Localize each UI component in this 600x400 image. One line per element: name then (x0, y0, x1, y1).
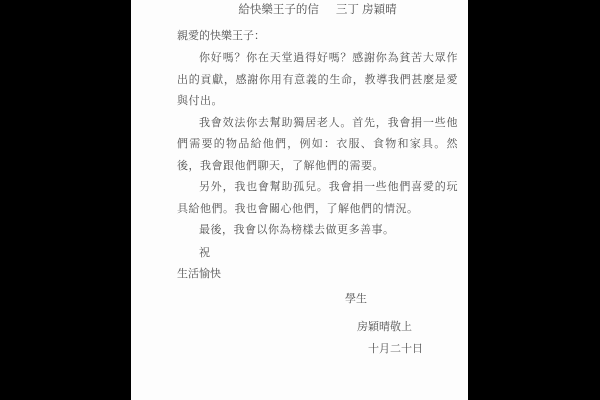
letter-paragraph: 我會效法你去幫助獨居老人。首先，我會捐一些他們需要的物品給他們，例如：衣服、食物… (177, 113, 458, 178)
letter-signoff-role: 學生 (177, 288, 458, 310)
letter-body: 你好嗎？你在天堂過得好嗎？感謝你為貧苦大眾作出的貢獻，感謝你用有意義的生命，教導… (177, 48, 458, 242)
letter-title: 給快樂王子的信 (238, 4, 319, 17)
letter-salutation: 親愛的快樂王子： (177, 30, 458, 42)
letter-title-row: 給快樂王子的信 三丁 房穎晴 (177, 4, 458, 17)
letter-date: 十月二十日 (177, 338, 458, 360)
letter-paragraph: 最後，我會以你為榜樣去做更多善事。 (177, 220, 458, 242)
letter-paragraph: 另外，我也會幫助孤兒。我會捐一些他們喜愛的玩具給他們。我也會關心他們，了解他們的… (177, 177, 458, 220)
letter-content: 給快樂王子的信 三丁 房穎晴 親愛的快樂王子： 你好嗎？你在天堂過得好嗎？感謝你… (131, 0, 468, 360)
letter-wish: 生活愉快 (177, 264, 458, 286)
letter-wish-prefix: 祝 (177, 243, 458, 265)
letter-signoff-name: 房穎晴敬上 (177, 316, 458, 338)
letterbox-background: { "colors": { "letterbox": "#000000", "p… (0, 0, 600, 400)
letter-author: 三丁 房穎晴 (336, 4, 397, 17)
letter-paragraph: 你好嗎？你在天堂過得好嗎？感謝你為貧苦大眾作出的貢獻，感謝你用有意義的生命，教導… (177, 48, 458, 113)
letter-page: 給快樂王子的信 三丁 房穎晴 親愛的快樂王子： 你好嗎？你在天堂過得好嗎？感謝你… (131, 0, 468, 400)
